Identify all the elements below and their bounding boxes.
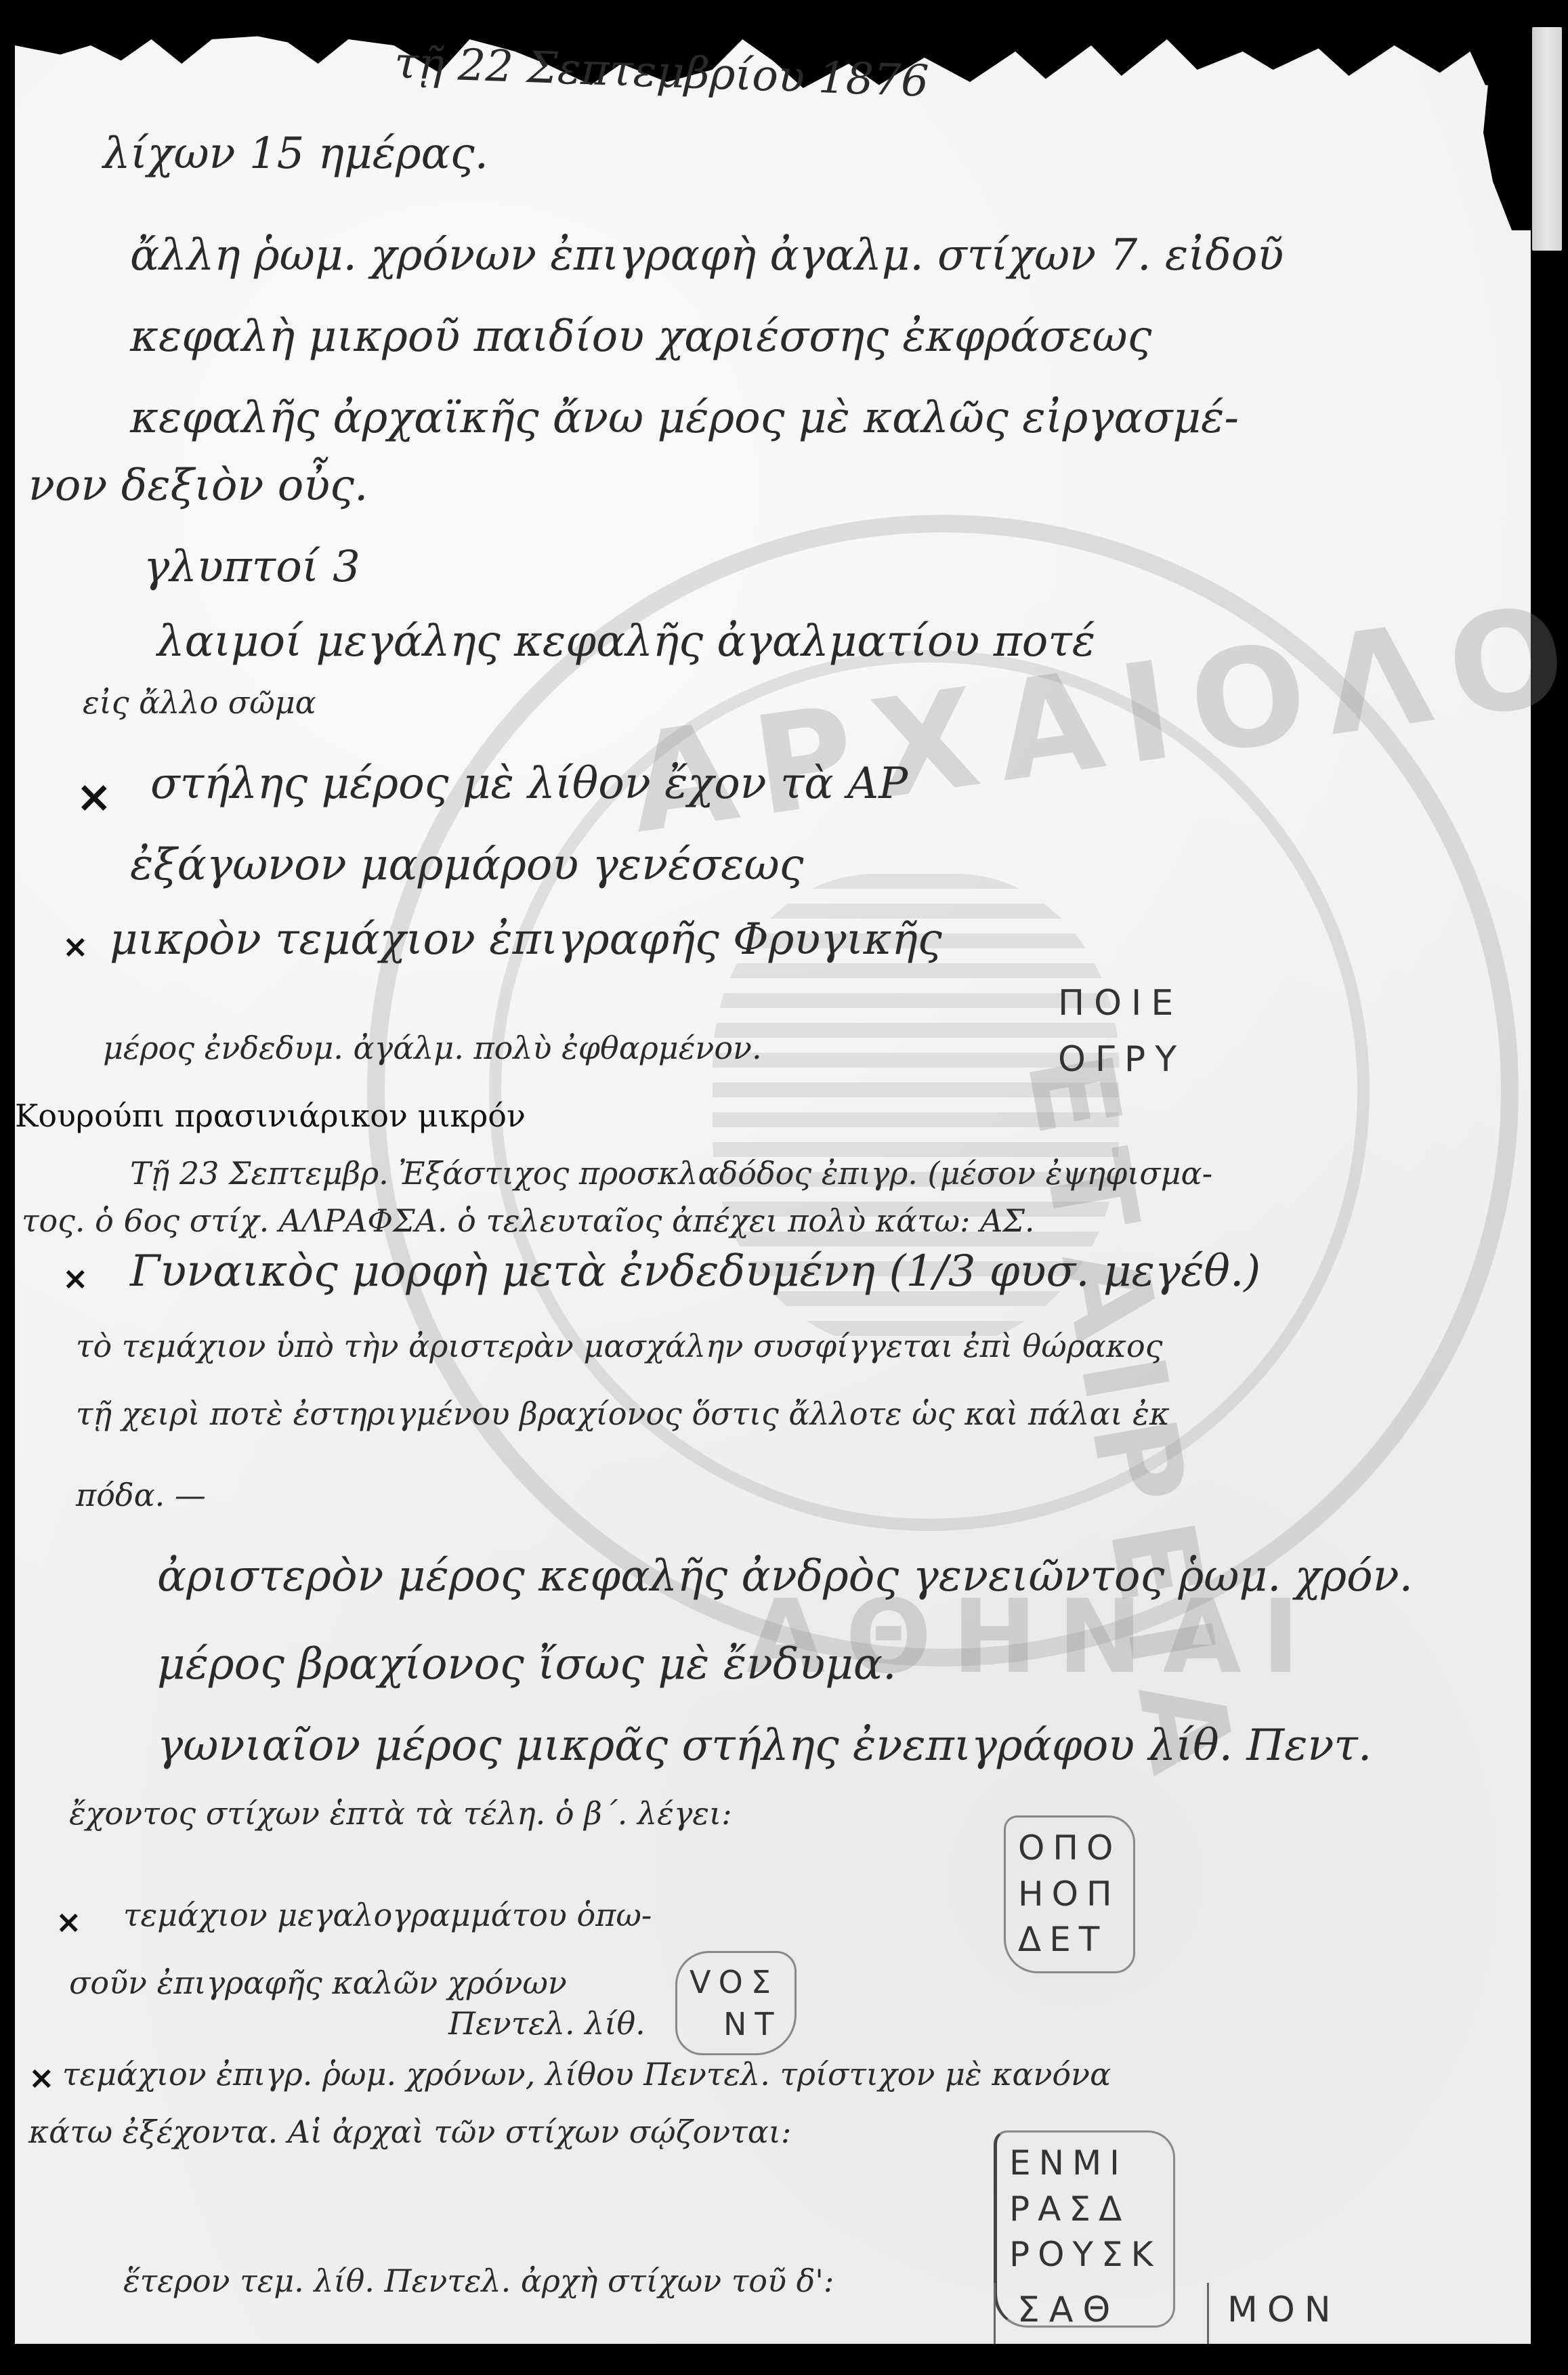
inscription-row: ΡΑΣΔ xyxy=(1009,2187,1161,2233)
inscription-row: ΔΕΤ xyxy=(1018,1917,1121,1963)
torn-edge-right xyxy=(1483,68,1531,230)
inscription-row: ΕΝΜΙ xyxy=(1009,2141,1161,2187)
fragment-divider xyxy=(1207,2283,1209,2344)
inscription-row: ΠΟΙΕ xyxy=(1058,975,1186,1032)
last-fragment-right: ΜΟΝ xyxy=(1227,2290,1340,2330)
inscription-row: ΟΠΟ xyxy=(1018,1826,1121,1872)
note-line: ἄλλη ῥωμ. χρόνων ἐπιγραφὴ ἀγαλμ. στίχων … xyxy=(130,230,1284,280)
fragment-divider xyxy=(994,2283,996,2344)
note-line: σοῦν ἐπιγραφῆς καλῶν χρόνων xyxy=(69,1964,567,2001)
note-line: Τῇ 23 Σεπτεμβρ. Ἐξάστιχος προσκλαδόδος ἐ… xyxy=(130,1155,1212,1192)
note-line: τος. ὁ 6ος στίχ. ΑΛΡΑΦΣΑ. ὁ τελευταῖος ἀ… xyxy=(22,1202,1035,1239)
note-line: ἕτερον τεμ. λίθ. Πεντελ. ἀρχὴ στίχων τοῦ… xyxy=(123,2263,834,2299)
cross-marker: × xyxy=(62,928,89,965)
note-line: μικρὸν τεμάχιον ἐπιγραφῆς Φρυγικῆς xyxy=(110,915,942,965)
note-line: κάτω ἐξέχοντα. Αἱ ἀρχαὶ τῶν στίχων σῴζον… xyxy=(28,2114,791,2150)
inscription-row: ΟΓΡΥ xyxy=(1058,1032,1186,1088)
stele-corner-fragment: ΟΠΟ ΗΟΠ ΔΕΤ xyxy=(1004,1815,1135,1973)
note-line: πόδα. — xyxy=(76,1477,206,1513)
tape-strip xyxy=(1532,27,1562,251)
note-line: στήλης μέρος μὲ λίθον ἔχον τὰ ΑΡ xyxy=(150,759,908,809)
inscription-row: ΗΟΠ xyxy=(1018,1872,1121,1918)
cross-marker: × xyxy=(62,1260,89,1297)
notebook-page: ΑΡΧΑΙΟΛΟΓΙΚΗ ΕΤΑΙΡΕΙΑ ΑΘΗΝΑΙ τῇ 22 Σεπτε… xyxy=(15,27,1531,2344)
phrygian-inscription: ΠΟΙΕ ΟΓΡΥ xyxy=(1058,975,1186,1088)
note-line: τεμάχιον ἐπιγρ. ῥωμ. χρόνων, λίθου Πεντε… xyxy=(62,2056,1111,2093)
cross-marker: × xyxy=(28,2059,55,2096)
note-line: νον δεξιὸν οὖς. xyxy=(28,461,368,511)
note-line: κεφαλὴ μικροῦ παιδίου χαριέσσης ἐκφράσεω… xyxy=(130,312,1151,362)
note-line: λίχων 15 ημέρας. xyxy=(103,129,488,179)
cross-marker: × xyxy=(56,1904,82,1940)
note-line: Γυναικὸς μορφὴ μετὰ ἐνδεδυμένη (1/3 φυσ.… xyxy=(130,1246,1260,1297)
inscription-row: NT xyxy=(690,2003,782,2045)
note-line: μέρος ἐνδεδυμ. ἀγάλμ. πολὺ ἐφθαρμένον. xyxy=(103,1030,762,1066)
note-line: λαιμοί μεγάλης κεφαλῆς ἀγαλματίου ποτέ xyxy=(157,616,1095,667)
cross-marker: × xyxy=(76,772,112,822)
note-line: ἀριστερὸν μέρος κεφαλῆς ἀνδρὸς γενειῶντο… xyxy=(157,1551,1413,1601)
last-fragment-left: ΣΑΘ xyxy=(1017,2290,1120,2330)
note-line: τεμάχιον μεγαλογραμμάτου ὁπω- xyxy=(123,1897,652,1933)
inscription-row: ΡΟΥΣΚ xyxy=(1009,2232,1161,2278)
note-line: ἔχοντος στίχων ἑπτὰ τὰ τέλη. ὁ β΄. λέγει… xyxy=(69,1795,732,1832)
note-line: τὸ τεμάχιον ὑπὸ τὴν ἀριστερὰν μασχάλην σ… xyxy=(76,1328,1162,1364)
large-letter-fragment: VOΣ NT xyxy=(675,1951,797,2055)
note-line: τῇ χειρὶ ποτὲ ἐστηριγμένου βραχίονος ὅστ… xyxy=(76,1395,1170,1432)
note-line: Πεντελ. λίθ. xyxy=(448,2005,645,2042)
note-line: γωνιαῖον μέρος μικρᾶς στήλης ἐνεπιγράφου… xyxy=(157,1721,1372,1771)
note-line: κεφαλῆς ἀρχαϊκῆς ἄνω μέρος μὲ καλῶς εἰργ… xyxy=(130,393,1239,443)
note-line: ἐξάγωνον μαρμάρου γενέσεως xyxy=(130,840,804,890)
note-line: μέρος βραχίονος ἴσως μὲ ἔνδυμα. xyxy=(157,1639,896,1689)
note-line: εἰς ἄλλο σῶμα xyxy=(83,684,316,721)
note-line: γλυπτοί 3 xyxy=(144,542,360,592)
note-line: Κουρούπι πρασινιάρικον μικρόν xyxy=(15,1097,526,1134)
inscription-row: VOΣ xyxy=(690,1961,782,2003)
